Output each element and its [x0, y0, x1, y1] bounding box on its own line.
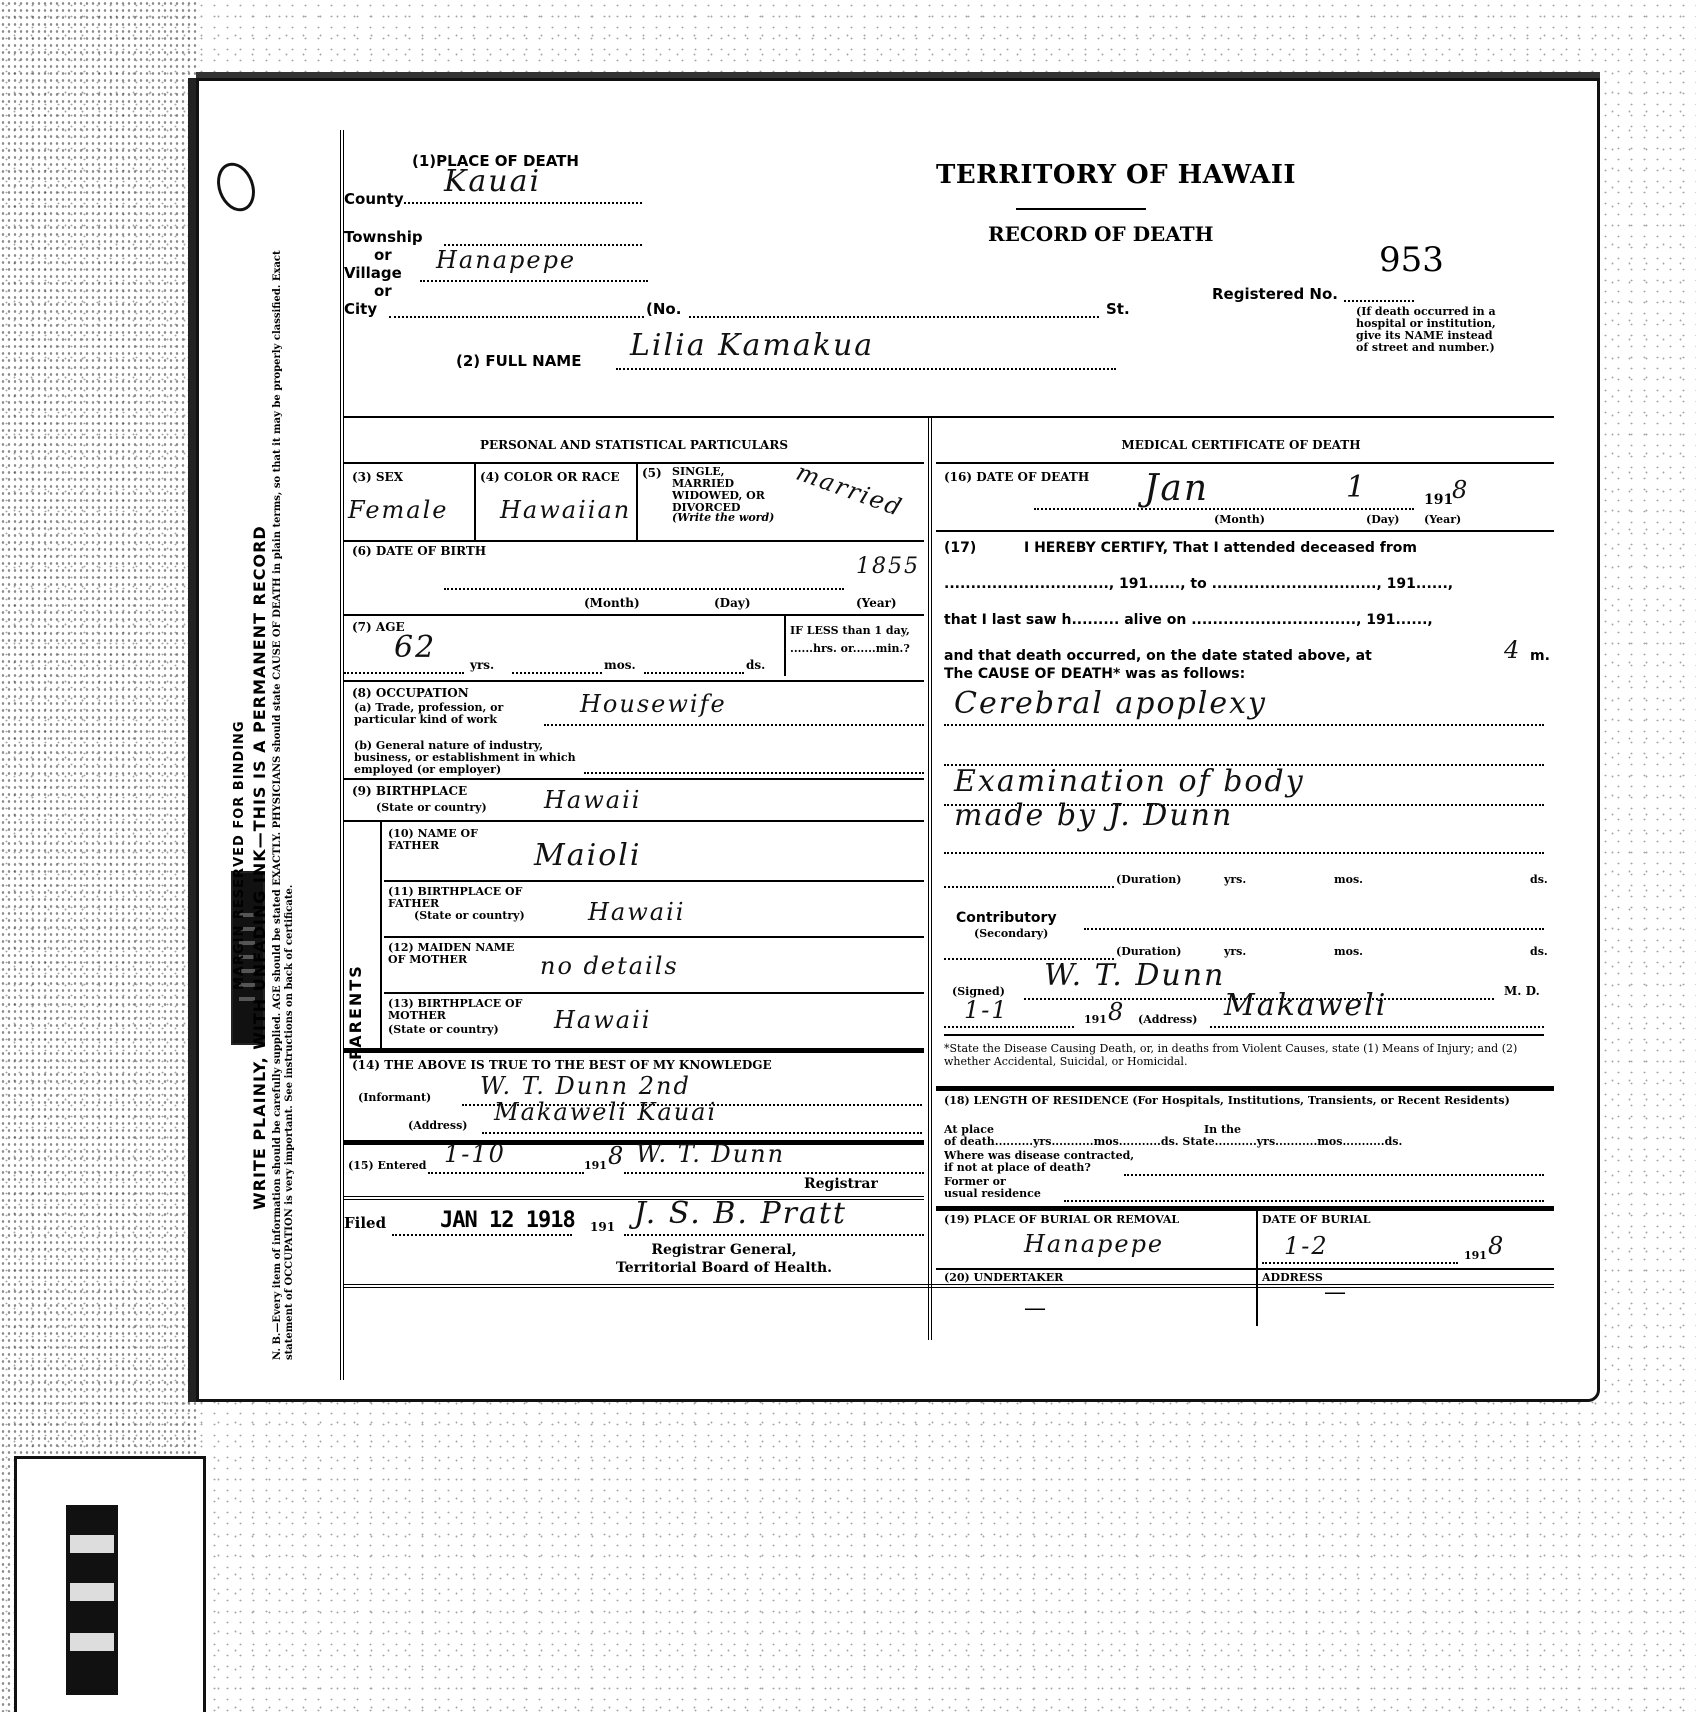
- marital-hint: (Write the word): [672, 512, 774, 524]
- age-ds-field: [644, 664, 744, 674]
- divider: [344, 680, 924, 682]
- race-label: (4) COLOR OR RACE: [480, 470, 620, 484]
- registrar-general-title: Registrar General,: [584, 1242, 864, 1258]
- undertaker-address-value: —: [1324, 1280, 1346, 1305]
- street-label: St.: [1106, 300, 1130, 318]
- age-ds-label: ds.: [746, 658, 765, 672]
- sign-date-value: 1-1: [964, 996, 1009, 1024]
- marital-value: married: [793, 458, 907, 522]
- entered-date-value: 1-10: [444, 1140, 506, 1168]
- registrar-general-signature: J. S. B. Pratt: [634, 1196, 847, 1231]
- occupation-b-label: (b) General nature of industry, business…: [354, 740, 589, 776]
- birthplace-hint: (State or country): [376, 802, 487, 814]
- marital-label: SINGLE, MARRIED WIDOWED, OR DIVORCED: [672, 466, 772, 514]
- certify-num: (17): [944, 540, 976, 556]
- md-label: M. D.: [1504, 984, 1540, 998]
- burial-place-value: Hanapepe: [1024, 1230, 1164, 1258]
- divider: [344, 462, 924, 464]
- less-than-label: IF LESS than 1 day, ......hrs. or......m…: [790, 622, 920, 658]
- date-of-death-year-prefix: 191: [1424, 492, 1453, 508]
- contributory-label: Contributory: [956, 910, 1057, 926]
- mother-name-label: (12) MAIDEN NAME OF MOTHER: [388, 942, 528, 966]
- filed-date-stamp: JAN 12 1918: [440, 1208, 575, 1233]
- duration-yrs-label: yrs.: [1224, 874, 1246, 886]
- duration-label: (Duration): [1116, 874, 1181, 886]
- dob-field: [444, 578, 844, 590]
- dob-year-value: 1855: [856, 554, 920, 579]
- duration-2-ds-label: ds.: [1530, 946, 1548, 958]
- informant-certify-label: (14) THE ABOVE IS TRUE TO THE BEST OF MY…: [352, 1058, 772, 1072]
- duration-field: [944, 880, 1114, 888]
- divider: [384, 936, 924, 938]
- name-divider: [344, 416, 1554, 418]
- occupation-label: (8) OCCUPATION: [352, 686, 469, 700]
- informant-address-label: (Address): [408, 1120, 468, 1132]
- father-birthplace-hint: (State or country): [414, 910, 525, 922]
- dob-day-label: (Day): [714, 596, 751, 610]
- dob-year-label: (Year): [856, 596, 897, 610]
- divider: [936, 462, 1554, 464]
- full-name-label: (2) FULL NAME: [456, 352, 581, 370]
- divider: [344, 820, 924, 822]
- county-label: County: [344, 190, 404, 208]
- divider: [344, 614, 924, 616]
- birthplace-value: Hawaii: [544, 786, 641, 814]
- birthplace-label: (9) BIRTHPLACE: [352, 784, 467, 798]
- township-field: [444, 228, 642, 246]
- burial-year-prefix: 191: [1464, 1250, 1487, 1262]
- death-certificate-form: (1)PLACE OF DEATH County Kauai Township …: [340, 130, 1554, 1380]
- occupation-b-field: [584, 766, 924, 774]
- occupation-a-label: (a) Trade, profession, or particular kin…: [354, 702, 544, 726]
- margin-reserved-text: MARGIN RESERVED FOR BINDING: [232, 720, 247, 990]
- registrar-signature: W. T. Dunn: [636, 1140, 785, 1168]
- undertaker-value: —: [1024, 1296, 1046, 1321]
- divider: [344, 1048, 924, 1053]
- form-bottom-border: [344, 1284, 1554, 1288]
- registrar-label: Registrar: [804, 1176, 878, 1192]
- street-field: [689, 302, 1099, 318]
- divider: [474, 462, 476, 542]
- age-mos-field: [512, 664, 602, 674]
- binding-strip-icon: [66, 1505, 118, 1695]
- title-divider: [1016, 208, 1146, 210]
- dob-month-label: (Month): [584, 596, 640, 610]
- village-label: Village: [344, 264, 402, 282]
- secondary-label: (Secondary): [974, 928, 1048, 940]
- city-label: City: [344, 300, 377, 318]
- mother-birthplace-value: Hawaii: [554, 1006, 651, 1034]
- full-name-field: Lilia Kamakua: [616, 348, 1116, 370]
- age-years-value: 62: [394, 630, 436, 665]
- or-label-1: or: [374, 246, 392, 264]
- divider: [636, 462, 638, 542]
- dod-year-label: (Year): [1424, 514, 1461, 526]
- time-meridian-label: m.: [1530, 648, 1550, 664]
- burial-date-value: 1-2: [1284, 1232, 1329, 1260]
- entered-year-suffix: 8: [608, 1142, 625, 1170]
- father-birthplace-value: Hawaii: [588, 898, 685, 926]
- county-field: Kauai: [404, 180, 642, 204]
- certify-line-1: I HEREBY CERTIFY, That I attended deceas…: [1024, 540, 1417, 556]
- certify-line-2: ..............................., 191....…: [944, 576, 1453, 592]
- sex-value: Female: [348, 496, 449, 524]
- divider: [344, 1140, 924, 1145]
- territory-title: TERRITORY OF HAWAII: [936, 160, 1296, 190]
- residence-if-not: if not at place of death?: [944, 1162, 1091, 1174]
- cause-line-3: made by J. Dunn: [954, 798, 1233, 833]
- duration-2-mos-label: mos.: [1334, 946, 1363, 958]
- medical-section-title: MEDICAL CERTIFICATE OF DEATH: [936, 438, 1546, 452]
- dod-day-label: (Day): [1366, 514, 1399, 526]
- township-label: Township: [344, 228, 423, 246]
- parents-label: PARENTS: [346, 964, 365, 1060]
- mother-birthplace-hint: (State or country): [388, 1024, 499, 1036]
- duration-2-yrs-label: yrs.: [1224, 946, 1246, 958]
- mother-name-value: no details: [540, 952, 679, 980]
- dod-month-label: (Month): [1214, 514, 1265, 526]
- board-of-health-title: Territorial Board of Health.: [564, 1260, 884, 1276]
- cause-line-1: Cerebral apoplexy: [954, 686, 1267, 721]
- sex-label: (3) SEX: [352, 470, 403, 484]
- date-of-death-year-suffix: 8: [1452, 476, 1469, 504]
- or-label-2: or: [374, 282, 392, 300]
- burial-year-suffix: 8: [1488, 1232, 1505, 1260]
- county-value: Kauai: [444, 164, 541, 199]
- burial-date-label: DATE OF BURIAL: [1262, 1214, 1371, 1226]
- time-of-death: 4: [1504, 636, 1521, 664]
- dob-label: (6) DATE OF BIRTH: [352, 544, 486, 558]
- undertaker-address-label: ADDRESS: [1262, 1272, 1323, 1284]
- date-of-death-month: Jan: [1144, 468, 1209, 509]
- physician-address-value: Makaweli: [1224, 988, 1387, 1023]
- cause-of-death-label: The CAUSE OF DEATH* was as follows:: [944, 666, 1245, 682]
- certify-line-4: and that death occurred, on the date sta…: [944, 648, 1372, 664]
- father-name-value: Maioli: [534, 838, 641, 873]
- registered-no-field: [1344, 290, 1414, 302]
- age-yrs-label: yrs.: [470, 658, 494, 672]
- divider: [344, 778, 924, 780]
- duration-ds-label: ds.: [1530, 874, 1548, 886]
- cause-footnote: *State the Disease Causing Death, or, in…: [944, 1042, 1544, 1068]
- informant-address-value: Makaweli Kauai: [494, 1098, 717, 1126]
- divider: [936, 530, 1554, 532]
- divider: [384, 992, 924, 994]
- age-mos-label: mos.: [604, 658, 636, 672]
- contributory-field: [1084, 922, 1544, 930]
- entered-year-prefix: 191: [584, 1160, 607, 1172]
- informant-address-field: [482, 1126, 922, 1134]
- undertaker-label: (20) UNDERTAKER: [944, 1272, 1063, 1284]
- full-name-value: Lilia Kamakua: [630, 328, 874, 363]
- record-title: RECORD OF DEATH: [988, 222, 1214, 246]
- residence-line: of death..........yrs...........mos.....…: [944, 1136, 1402, 1148]
- divider: [384, 880, 924, 882]
- physician-address-label: (Address): [1138, 1014, 1198, 1026]
- divider: [344, 540, 924, 542]
- entered-label: (15) Entered: [348, 1160, 427, 1172]
- cause-line-2: Examination of body: [954, 764, 1305, 799]
- occupation-a-value: Housewife: [580, 690, 727, 718]
- personal-section-title: PERSONAL AND STATISTICAL PARTICULARS: [344, 438, 924, 452]
- father-birthplace-label: (11) BIRTHPLACE OF FATHER: [388, 886, 528, 910]
- column-divider: [928, 416, 932, 1340]
- village-value: Hanapepe: [436, 246, 576, 274]
- duration-mos-label: mos.: [1334, 874, 1363, 886]
- informant-value: W. T. Dunn 2nd: [480, 1072, 691, 1100]
- father-name-label: (10) NAME OF FATHER: [388, 828, 488, 852]
- registered-no-label: Registered No.: [1212, 285, 1338, 303]
- street-number-label: (No.: [646, 300, 681, 318]
- physician-signature: W. T. Dunn: [1044, 958, 1225, 993]
- mother-birthplace-label: (13) BIRTHPLACE OF MOTHER: [388, 998, 528, 1022]
- divider: [936, 1206, 1554, 1211]
- write-plainly-text: WRITE PLAINLY, WITH UNFADING INK—THIS IS…: [250, 525, 269, 1210]
- divider: [936, 1086, 1554, 1091]
- filed-label: Filed: [344, 1214, 386, 1232]
- divider: [784, 616, 786, 676]
- cause-line-4-field: [944, 846, 1544, 854]
- date-of-death-day: 1: [1346, 470, 1367, 505]
- burial-place-label: (19) PLACE OF BURIAL OR REMOVAL: [944, 1214, 1179, 1226]
- filed-year-prefix: 191: [590, 1220, 615, 1234]
- duration-2-label: (Duration): [1116, 946, 1181, 958]
- marital-num-label: (5): [642, 466, 662, 480]
- divider: [936, 1268, 1554, 1270]
- village-field: Hanapepe: [420, 260, 648, 282]
- divider: [944, 1034, 1544, 1036]
- date-of-death-label: (16) DATE OF DEATH: [944, 470, 1089, 484]
- sign-year-suffix: 8: [1108, 998, 1125, 1026]
- residence-usual-field: [1064, 1196, 1544, 1202]
- residence-label: (18) LENGTH OF RESIDENCE (For Hospitals,…: [944, 1094, 1544, 1107]
- city-field: [389, 302, 644, 318]
- informant-label: (Informant): [358, 1092, 431, 1104]
- nb-instructions-text: N. B.—Every item of information should b…: [272, 210, 296, 1360]
- age-years-field: [344, 664, 464, 674]
- residence-usual: usual residence: [944, 1188, 1041, 1200]
- divider: [380, 820, 382, 1050]
- race-value: Hawaiian: [500, 496, 631, 524]
- residence-contracted-field: [1124, 1170, 1544, 1176]
- registered-number-stamp: 953: [1379, 240, 1444, 280]
- sign-year-prefix: 191: [1084, 1014, 1107, 1026]
- hospital-note: (If death occurred in a hospital or inst…: [1356, 306, 1506, 354]
- certify-line-3: that I last saw h......... alive on ....…: [944, 612, 1433, 628]
